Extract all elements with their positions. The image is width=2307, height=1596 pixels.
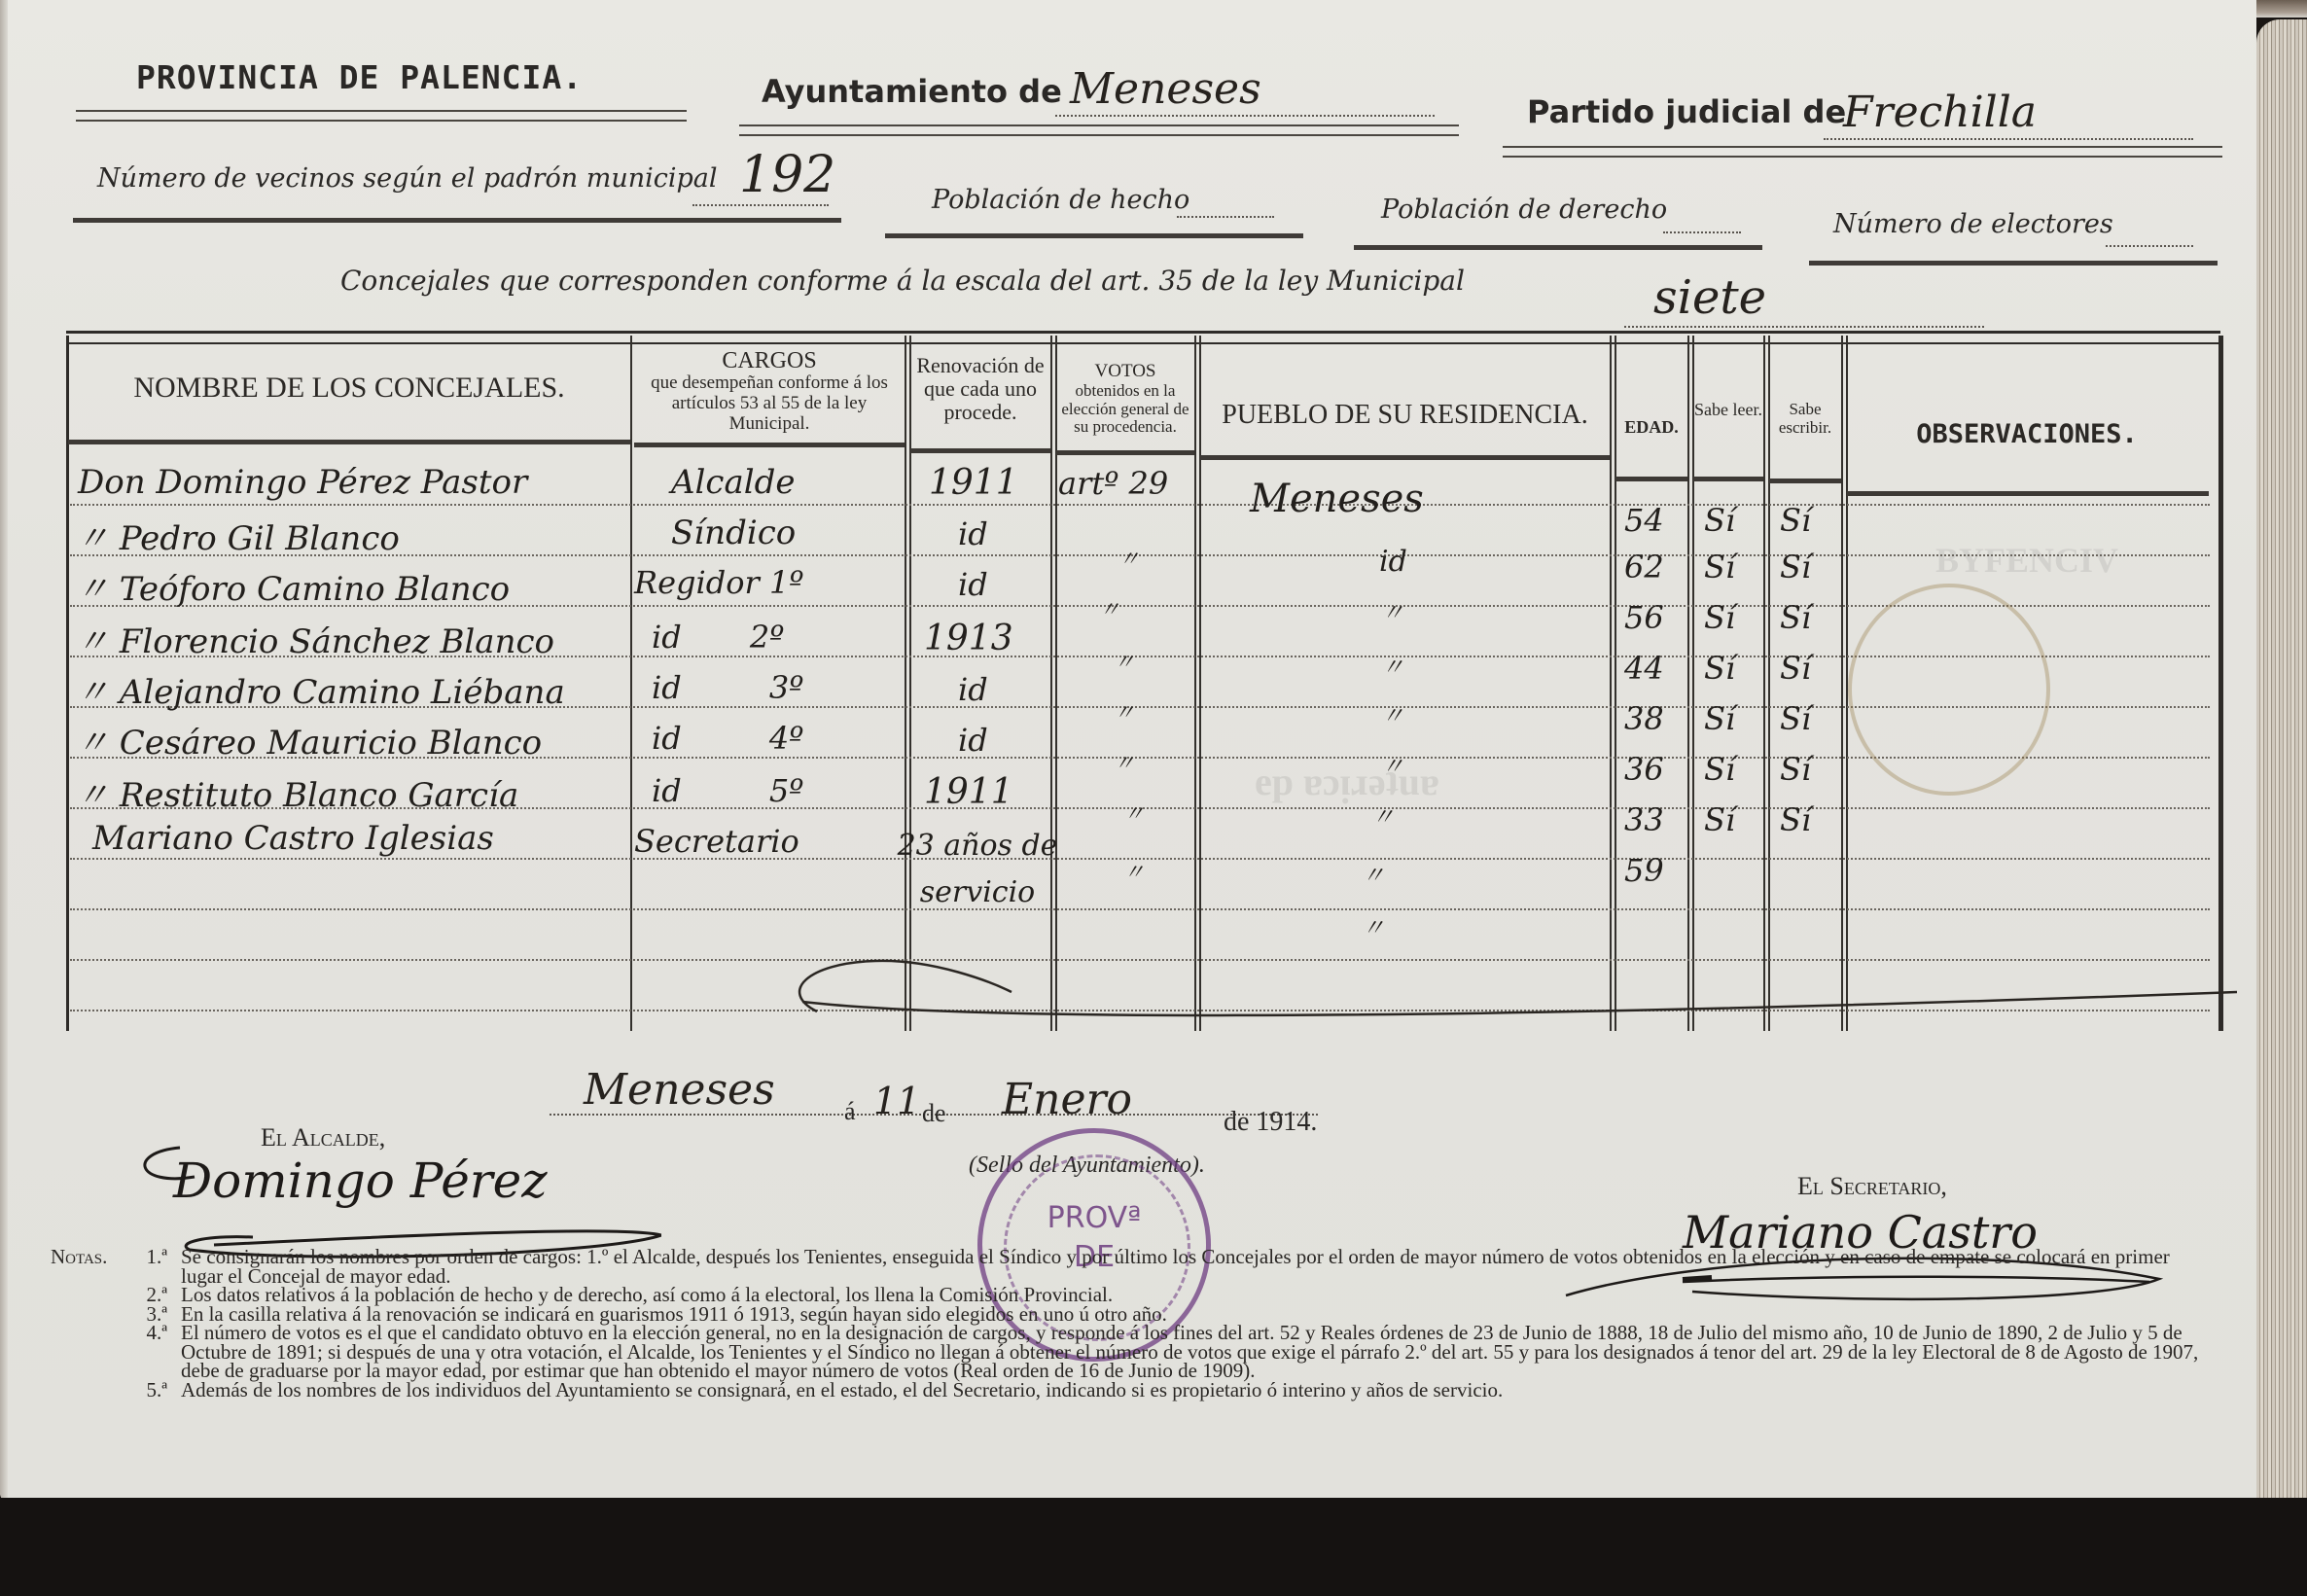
- cell-leer: Sí: [1704, 502, 1735, 539]
- cell-leer: Sí: [1704, 700, 1735, 737]
- concejales-label: Concejales que corresponden conforme á l…: [340, 265, 1465, 297]
- cell-renovacion: id: [958, 671, 988, 708]
- column-header-votos: VOTOS obtenidos en la elección general d…: [1056, 362, 1194, 437]
- note-text: El número de votos es el que el candidat…: [181, 1324, 2210, 1381]
- secretario-label: El Secretario,: [1797, 1172, 1947, 1201]
- poblacion-derecho-field: [1663, 231, 1741, 233]
- notes-section: Notas. 1.ª Se consignarán los nombres po…: [51, 1248, 2210, 1400]
- divider: [739, 124, 1459, 136]
- cell-leer: Sí: [1704, 599, 1735, 636]
- column-header-cargos-title: CARGOS: [634, 348, 905, 373]
- header-separator: [1847, 491, 2209, 496]
- cell-edad: 36: [1624, 751, 1664, 788]
- alcalde-flourish: [117, 1128, 661, 1264]
- divider: [76, 110, 687, 122]
- cell-renovacion: id: [958, 566, 988, 603]
- electores-label: Número de electores: [1833, 209, 2113, 239]
- cell-pueblo: 〃: [1381, 593, 1404, 627]
- header-separator: [1769, 479, 1841, 483]
- cell-pueblo: 〃: [1381, 648, 1404, 682]
- cell-cargo: id 5º: [652, 772, 803, 809]
- note-item: 4.ª El número de votos es el que el cand…: [51, 1324, 2210, 1381]
- note-item: 5.ª Además de los nombres de los individ…: [51, 1381, 2210, 1401]
- cell-escribir: Sí: [1780, 751, 1811, 788]
- electores-field: [2106, 245, 2193, 247]
- cell-leer: Sí: [1704, 549, 1735, 585]
- cell-cargo: id 3º: [652, 669, 803, 706]
- cell-edad: 56: [1624, 599, 1664, 636]
- cell-escribir: Sí: [1780, 599, 1811, 636]
- cell-edad: 38: [1624, 700, 1664, 737]
- cell-pueblo: id: [1379, 545, 1407, 579]
- vecinos-label: Número de vecinos según el padrón munici…: [97, 163, 718, 194]
- notes-label: Notas.: [51, 1248, 128, 1286]
- province-title: PROVINCIA DE PALENCIA.: [136, 58, 583, 96]
- row-line: [70, 504, 2210, 506]
- column-header-edad: EDAD.: [1615, 418, 1687, 438]
- note-number: 5.ª: [128, 1381, 181, 1401]
- divider: [1354, 245, 1762, 250]
- date-year: de 1914.: [1224, 1107, 1317, 1138]
- column-header-votos-title: VOTOS: [1056, 362, 1194, 382]
- column-header-renovacion: Renovación de que cada uno procede.: [910, 354, 1050, 425]
- cell-pueblo: 〃: [1381, 696, 1404, 730]
- cell-cargo: id 2º: [652, 619, 784, 656]
- partido-label: Partido judicial de: [1527, 93, 1846, 130]
- header-separator: [1056, 450, 1194, 455]
- cell-nombre: 〃 Alejandro Camino Liébana: [76, 665, 565, 713]
- cell-escribir: Sí: [1780, 801, 1811, 838]
- field-line: [1824, 138, 2193, 140]
- cell-escribir: Sí: [1780, 650, 1811, 687]
- date-de: de: [922, 1099, 946, 1128]
- cell-nombre: 〃 Florencio Sánchez Blanco: [76, 615, 554, 662]
- cell-renovacion: 1913: [924, 619, 1013, 658]
- column-header-pueblo: PUEBLO DE SU RESIDENCIA.: [1200, 401, 1610, 431]
- cell-votos: 〃: [1099, 593, 1120, 623]
- header-separator: [910, 448, 1050, 453]
- header-separator: [1200, 455, 1610, 460]
- divider: [1503, 146, 2222, 158]
- column-header-cargos-sub: que desempeñan conforme á los artículos …: [634, 373, 905, 435]
- column-header-nombre: NOMBRE DE LOS CONCEJALES.: [68, 372, 630, 404]
- ayuntamiento-label: Ayuntamiento de: [762, 73, 1062, 110]
- column-divider: [905, 336, 911, 1031]
- cell-nombre: 〃 Cesáreo Mauricio Blanco: [76, 716, 542, 763]
- cell-escribir: Sí: [1780, 700, 1811, 737]
- ayuntamiento-value: Meneses: [1070, 64, 1261, 114]
- column-divider: [630, 336, 632, 1031]
- column-header-votos-sub: obtenidos en la elección general de su p…: [1056, 382, 1194, 437]
- cell-votos: 〃: [1114, 696, 1135, 727]
- header-separator: [68, 440, 630, 444]
- poblacion-hecho-field: [1177, 216, 1274, 218]
- cell-edad: 59: [1624, 852, 1664, 889]
- field-line: [692, 204, 829, 206]
- note-number: 4.ª: [128, 1324, 181, 1381]
- row-line: [70, 908, 2210, 910]
- cell-votos: 〃: [1114, 747, 1135, 777]
- faded-stamp: [1848, 584, 2050, 796]
- cell-cargo: Síndico: [671, 514, 796, 552]
- cell-votos: artº 29: [1058, 465, 1168, 502]
- column-header-cargos: CARGOS que desempeñan conforme á los art…: [634, 348, 905, 435]
- cell-nombre: 〃 Restituto Blanco García: [76, 768, 518, 816]
- page-left-edge: [0, 0, 8, 1503]
- column-divider: [1687, 336, 1694, 1031]
- date-a: á: [844, 1097, 856, 1126]
- note-text: Se consignarán los nombres por orden de …: [181, 1248, 2210, 1286]
- divider: [1809, 261, 2218, 266]
- cell-nombre: 〃 Pedro Gil Blanco: [76, 512, 400, 559]
- column-header-escribir: Sabe escribir.: [1769, 401, 1841, 437]
- divider: [885, 233, 1303, 238]
- note-number: 1.ª: [128, 1248, 181, 1286]
- field-line: [1055, 115, 1435, 117]
- header-separator: [1615, 477, 1687, 481]
- partido-value: Frechilla: [1843, 88, 2037, 137]
- ditto-mark: 〃: [1362, 908, 1385, 942]
- cell-leer: Sí: [1704, 650, 1735, 687]
- cell-votos: 〃: [1123, 856, 1145, 886]
- cell-pueblo: Meneses: [1250, 477, 1424, 521]
- column-divider: [1763, 336, 1770, 1031]
- concejales-value: siete: [1653, 270, 1766, 325]
- cell-votos: 〃: [1123, 798, 1145, 828]
- field-line: [1624, 326, 1984, 328]
- column-header-observaciones: OBSERVACIONES.: [1847, 420, 2207, 449]
- poblacion-derecho-label: Población de derecho: [1381, 195, 1667, 225]
- cell-cargo: Alcalde: [671, 463, 796, 502]
- note-text: Además de los nombres de los individuos …: [181, 1381, 2210, 1401]
- closing-flourish: [584, 953, 2237, 1031]
- cell-pueblo: 〃: [1362, 856, 1385, 890]
- header-separator: [634, 443, 905, 447]
- column-divider: [1194, 336, 1201, 1031]
- date-day: 11: [873, 1080, 920, 1122]
- cell-renovacion: id: [958, 722, 988, 759]
- cell-renovacion: id: [958, 515, 988, 552]
- cell-cargo: Regidor 1º: [634, 564, 803, 601]
- vecinos-value: 192: [739, 146, 835, 204]
- column-divider: [1050, 336, 1057, 1031]
- cell-votos: 〃: [1118, 543, 1140, 573]
- seal-text-top: PROVª: [982, 1201, 1206, 1235]
- cell-renovacion: 1911: [929, 463, 1018, 503]
- header-separator: [1693, 477, 1763, 481]
- cell-pueblo: 〃: [1371, 798, 1395, 832]
- cell-escribir: Sí: [1780, 549, 1811, 585]
- cell-cargo: id 4º: [652, 720, 803, 757]
- document-page: BYFENCIV ep ɐɔᴉɹǝʇuɐ PROVINCIA DE PALENC…: [0, 0, 2256, 1503]
- book-bottom-shadow: [0, 1498, 2307, 1596]
- date-month: Enero: [1002, 1075, 1132, 1124]
- cell-nombre: Mariano Castro Iglesias: [92, 819, 494, 858]
- column-divider: [1610, 336, 1616, 1031]
- poblacion-hecho-label: Población de hecho: [932, 185, 1189, 215]
- cell-nombre: 〃 Teóforo Camino Blanco: [76, 562, 510, 610]
- cell-edad: 44: [1624, 650, 1664, 687]
- date-place: Meneses: [584, 1065, 775, 1115]
- cell-edad: 54: [1624, 502, 1664, 539]
- cell-edad: 33: [1624, 801, 1664, 838]
- cell-votos: 〃: [1114, 646, 1135, 676]
- cell-edad: 62: [1624, 549, 1664, 585]
- cell-escribir: Sí: [1780, 502, 1811, 539]
- cell-leer: Sí: [1704, 801, 1735, 838]
- note-item: Notas. 1.ª Se consignarán los nombres po…: [51, 1248, 2210, 1286]
- book-page-stack: [2256, 19, 2307, 1576]
- cell-cargo: Secretario: [634, 823, 799, 860]
- divider: [73, 218, 841, 223]
- column-header-leer: Sabe leer.: [1693, 401, 1763, 420]
- cell-nombre: Don Domingo Pérez Pastor: [78, 463, 527, 502]
- cell-pueblo: 〃: [1381, 747, 1404, 781]
- cell-renovacion: 1911: [924, 772, 1013, 812]
- cell-leer: Sí: [1704, 751, 1735, 788]
- cell-renovacion: 23 años de servicio: [895, 823, 1060, 916]
